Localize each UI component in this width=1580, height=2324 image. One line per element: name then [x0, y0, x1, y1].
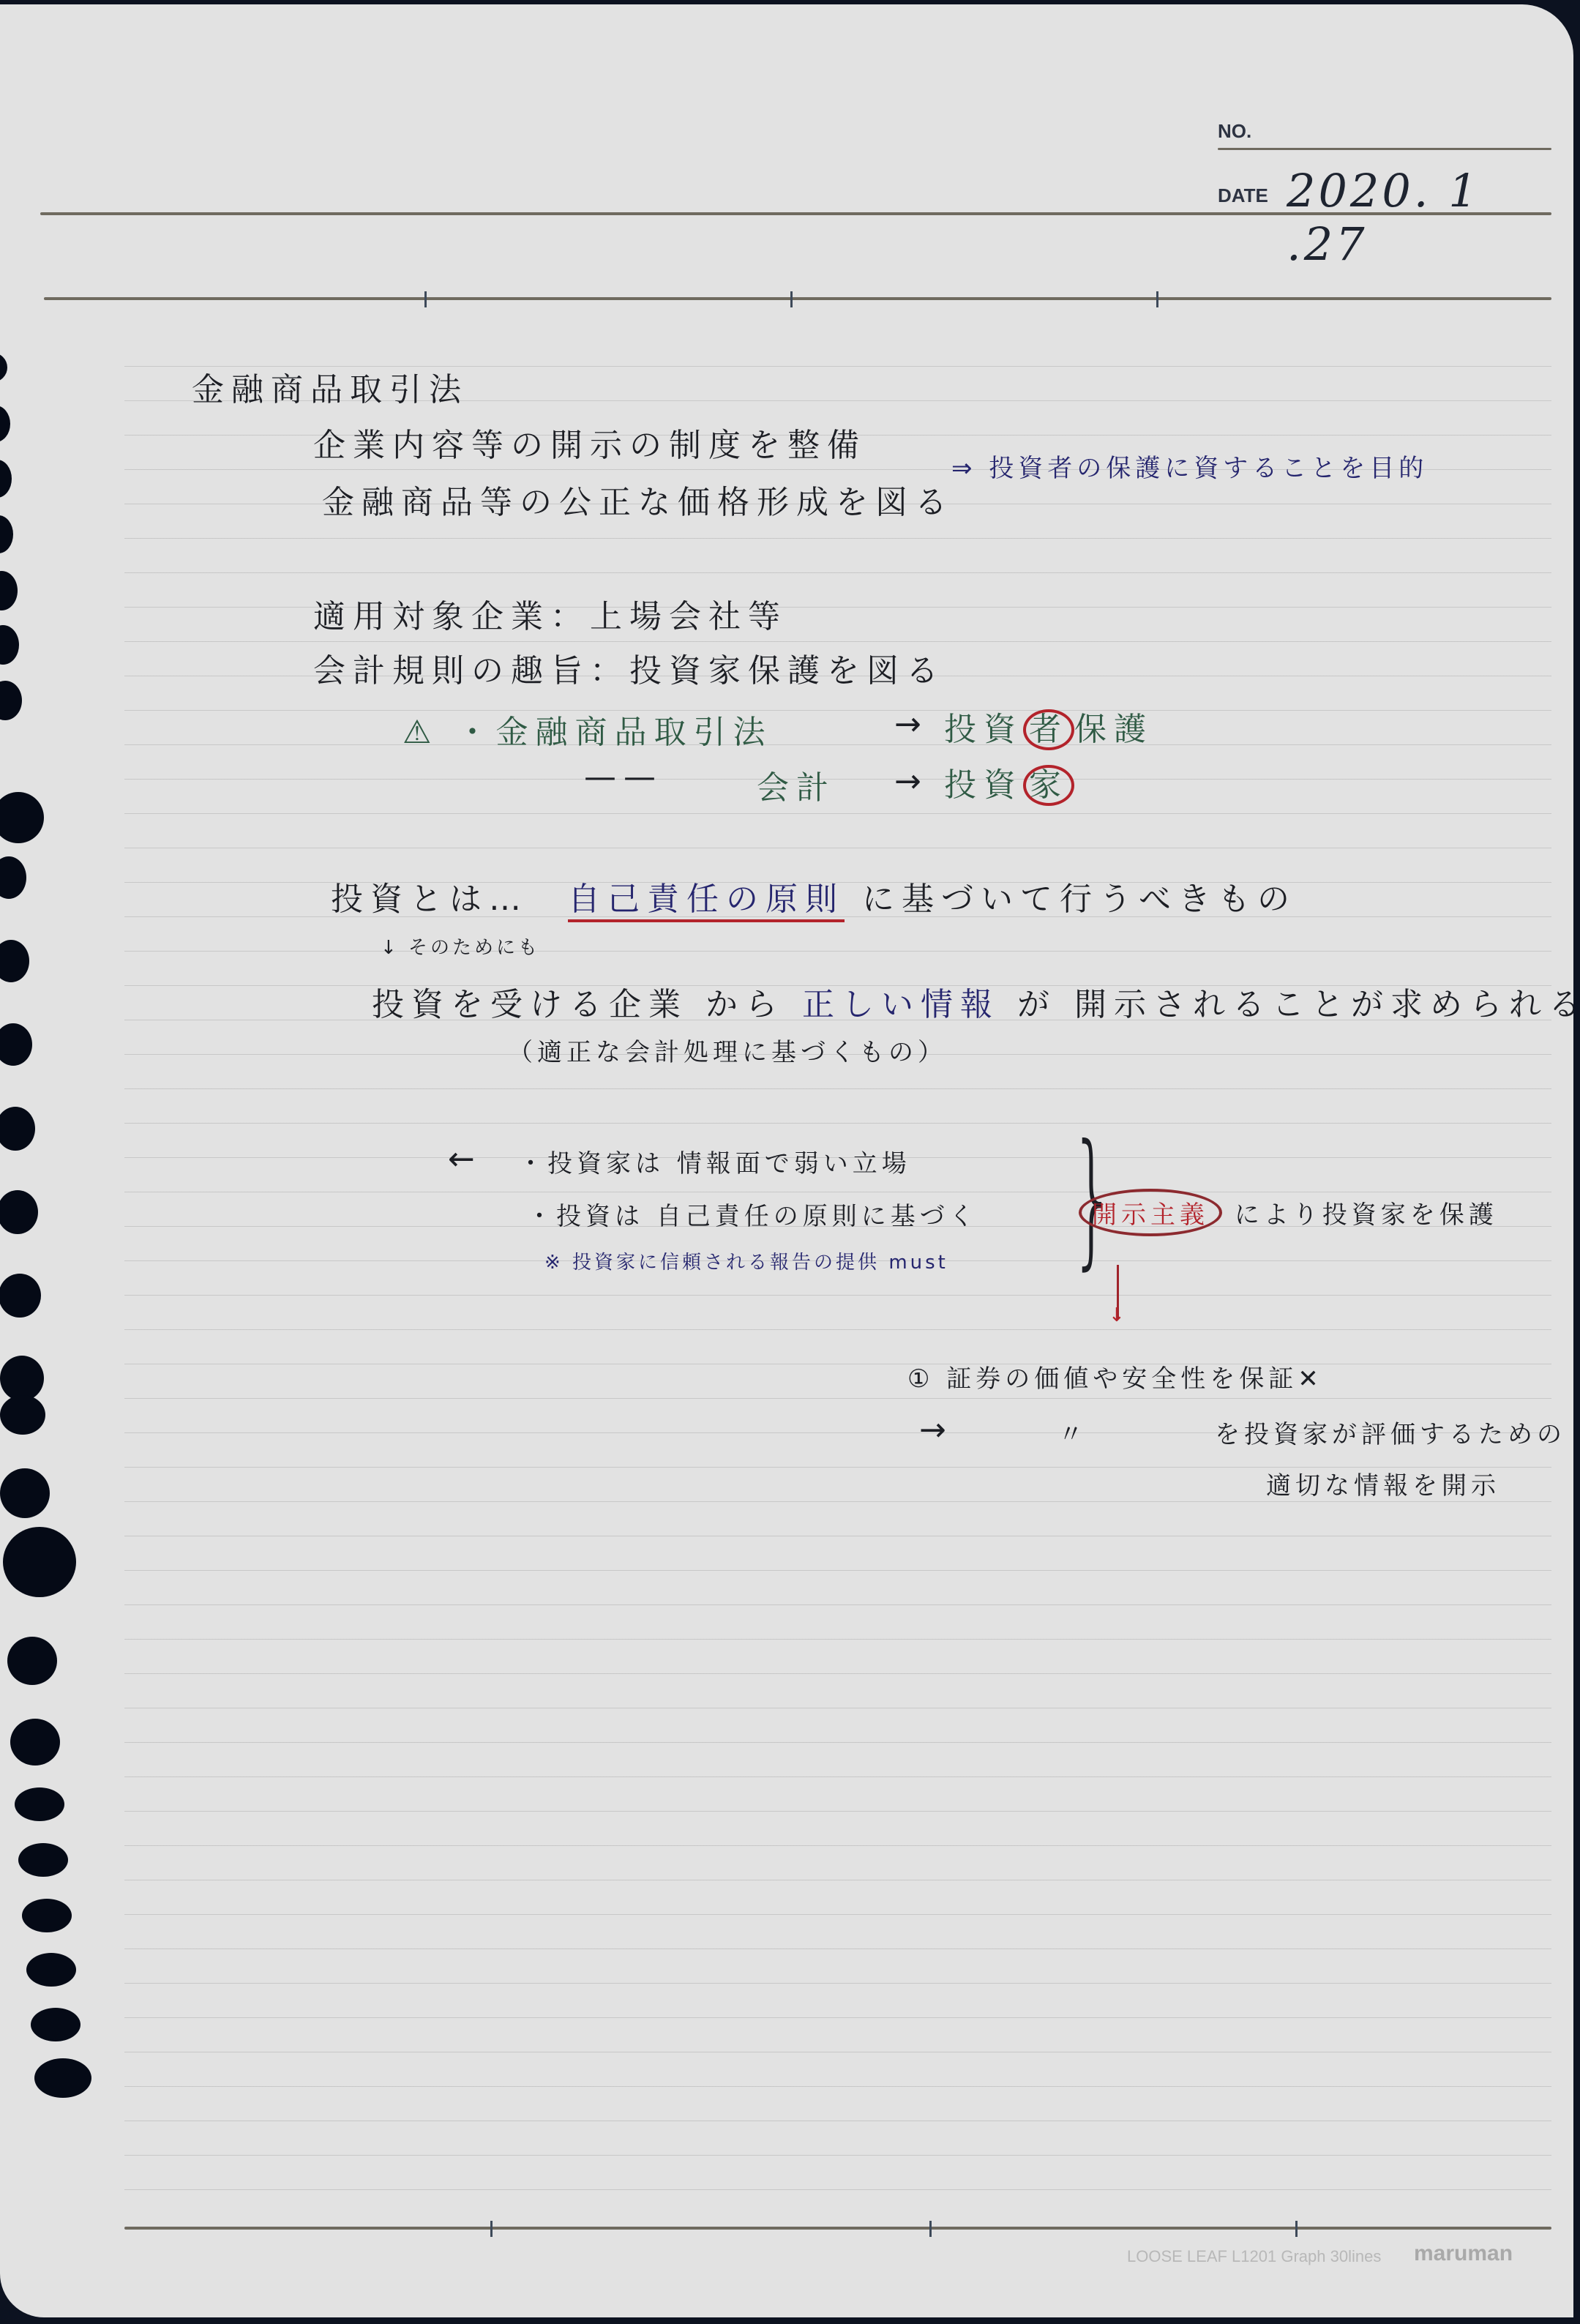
compare-left: ・金融商品取引法 [456, 714, 772, 751]
binder-hole [0, 1395, 45, 1435]
date-value: 2020. 1 .27 [1287, 164, 1573, 271]
text: が 開示されることが求められる [1000, 986, 1573, 1023]
compare-right-investor-protection: 投資者保護 [944, 703, 1153, 750]
binder-hole [26, 1953, 76, 1987]
binder-hole [31, 2008, 81, 2041]
no-label: NO. [1218, 120, 1251, 143]
binder-hole [0, 681, 22, 720]
down-arrow-icon: ↓ [1109, 1304, 1128, 1326]
compare-arrow: → [894, 706, 929, 743]
circled-char: 家 [1023, 765, 1074, 806]
circled-one-marker: ① [907, 1364, 934, 1394]
binder-hole [0, 625, 19, 665]
note-line: を投資家が評価するための [1215, 1414, 1566, 1450]
binder-hole [0, 460, 12, 498]
binder-hole [10, 1719, 60, 1766]
requirement-line: 投資を受ける企業 から 正しい情報 が 開示されることが求められる [372, 978, 1573, 1025]
binder-hole [0, 940, 29, 982]
binder-hole [34, 2058, 91, 2098]
investment-definition: 投資とは… 自己責任の原則 に基づいて行うべきもの [331, 873, 1297, 919]
binder-hole [0, 571, 18, 610]
bullet: ・投資家は 情報面で弱い立場 [518, 1143, 911, 1179]
binder-hole [0, 406, 10, 442]
text: 保護 [1074, 711, 1153, 748]
text: により投資家を保護 [1235, 1200, 1498, 1230]
ditto-dash: —— [584, 758, 663, 796]
compare-right-investor: 投資家 [944, 758, 1074, 806]
binder-hole [22, 1899, 72, 1932]
circled-disclosure-principle: 開示主義 [1079, 1189, 1222, 1236]
text: 投資を受ける企業 から [372, 986, 802, 1023]
text: 投資とは… [331, 881, 528, 918]
paper-product-code: LOOSE LEAF L1201 Graph 30lines [1127, 2247, 1381, 2266]
text: 正しい情報 [802, 986, 1000, 1023]
intent-line: 会計規則の趣旨：投資家保護を図る [313, 644, 946, 691]
text: 投資 [944, 711, 1023, 748]
text: に基づいて行うべきもの [862, 881, 1297, 918]
binder-hole [0, 1023, 32, 1066]
binder-hole [0, 1107, 35, 1151]
compare-row-fiea: ⚠ ・金融商品取引法 [403, 706, 772, 752]
purpose-note: ⇒ 投資者の保護に資することを目的 [951, 448, 1428, 484]
date-label: DATE [1218, 184, 1268, 207]
binder-hole [0, 1274, 41, 1318]
bullet-note: ※ 投資家に信頼される報告の提供 must [544, 1247, 948, 1274]
compare-left-accounting: 会計 [757, 761, 836, 808]
bullet: ・投資は 自己責任の原則に基づく [527, 1196, 978, 1232]
ditto-mark: 〃 [1058, 1414, 1087, 1450]
graph-scale-rule-bottom [124, 2227, 1551, 2230]
note-line: 金融商品等の公正な価格形成を図る [322, 476, 954, 523]
circled-char: 者 [1023, 709, 1074, 750]
binder-hole [0, 856, 26, 899]
compare-arrow: → [894, 763, 929, 800]
paren-note: （適正な会計処理に基づくもの） [508, 1032, 947, 1068]
binder-hole [18, 1843, 68, 1877]
binder-hole [0, 1190, 38, 1234]
binder-hole [0, 515, 13, 553]
no-underline [1218, 148, 1551, 150]
text: 証券の価値や安全性を保証✕ [946, 1364, 1323, 1394]
note-line: 企業内容等の開示の制度を整備 [313, 419, 866, 466]
graph-scale-rule-top [44, 297, 1551, 300]
binder-hole [3, 1527, 76, 1597]
binder-hole [15, 1787, 64, 1821]
disclosure-principle-row: 開示主義 により投資家を保護 [1079, 1189, 1498, 1236]
self-responsibility-principle: 自己責任の原則 [568, 881, 845, 922]
heading-fiea: 金融商品取引法 [192, 363, 468, 410]
text: 投資 [944, 766, 1023, 804]
arrow: → [919, 1411, 954, 1449]
brand-logo: maruman [1414, 2241, 1513, 2266]
note-item-1: ① 証券の価値や安全性を保証✕ [907, 1359, 1323, 1394]
binder-hole [7, 1637, 57, 1685]
header-rule [40, 212, 1551, 215]
binder-hole [0, 1468, 50, 1518]
binder-hole [0, 353, 7, 382]
left-arrow: ← [448, 1140, 482, 1178]
note-line: 適切な情報を開示 [1266, 1465, 1500, 1501]
binder-hole [0, 792, 44, 843]
notebook-page: NO. DATE 2020. 1 .27 金融商品取引法 企業内容等の開示の制度… [0, 4, 1573, 2317]
scope-line: 適用対象企業：上場会社等 [313, 590, 787, 637]
arrow-note: ↓ そのためにも [381, 933, 540, 960]
warning-icon: ⚠ [403, 714, 438, 751]
binder-hole [0, 1356, 44, 1401]
